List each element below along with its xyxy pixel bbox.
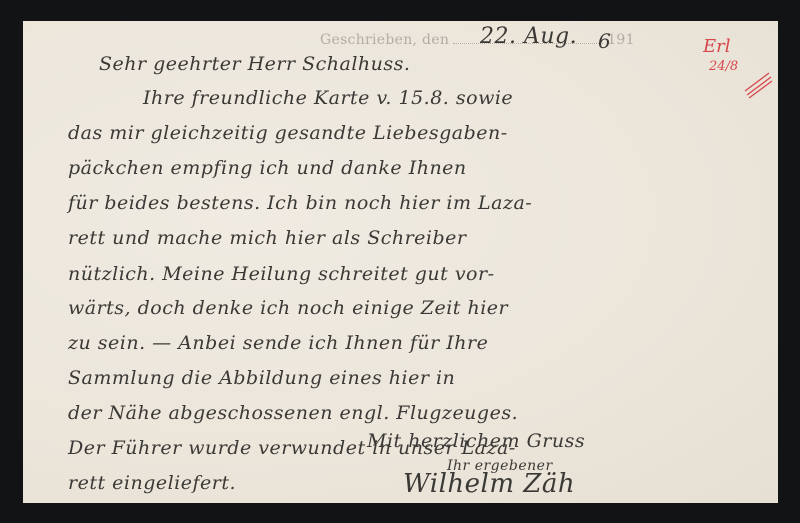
body-line-7: wärts, doch denke ich noch einige Zeit h… [68, 297, 508, 319]
body-line-6: nützlich. Meine Heilung schreitet gut vo… [68, 263, 495, 285]
body-line-12: rett eingeliefert. [68, 472, 236, 494]
signature: Wilhelm Zäh [403, 469, 575, 499]
handwritten-year-digit: 6 [598, 29, 611, 53]
printed-label: Geschrieben, den [320, 32, 449, 48]
margin-note-line2: 24/8 [709, 57, 738, 77]
salutation: Sehr geehrter Herr Schalhuss. [99, 53, 410, 75]
body-line-9: Sammlung die Abbildung eines hier in [68, 367, 455, 389]
body-line-1: Ihre freundliche Karte v. 15.8. sowie [143, 87, 513, 109]
printed-year: 191 [607, 32, 635, 48]
body-line-10: der Nähe abgeschossenen engl. Flugzeuges… [68, 402, 518, 424]
handwritten-date: 22. Aug. [480, 24, 577, 49]
margin-note-line1: Erl [703, 36, 731, 57]
closing: Mit herzlichem Gruss [367, 430, 585, 452]
postcard: Geschrieben, den191 22. Aug. 6 Erl 24/8 … [23, 21, 778, 503]
red-strikethrough-marks [743, 69, 773, 99]
printed-date-header: Geschrieben, den191 [320, 32, 635, 48]
body-line-8: zu sein. — Anbei sende ich Ihnen für Ihr… [68, 332, 488, 354]
body-line-4: für beides bestens. Ich bin noch hier im… [68, 192, 532, 214]
body-line-5: rett und mache mich hier als Schreiber [68, 227, 467, 249]
red-margin-note: Erl 24/8 [703, 37, 738, 77]
body-line-3: päckchen empfing ich und danke Ihnen [68, 157, 467, 179]
body-line-2: das mir gleichzeitig gesandte Liebesgabe… [68, 122, 508, 144]
